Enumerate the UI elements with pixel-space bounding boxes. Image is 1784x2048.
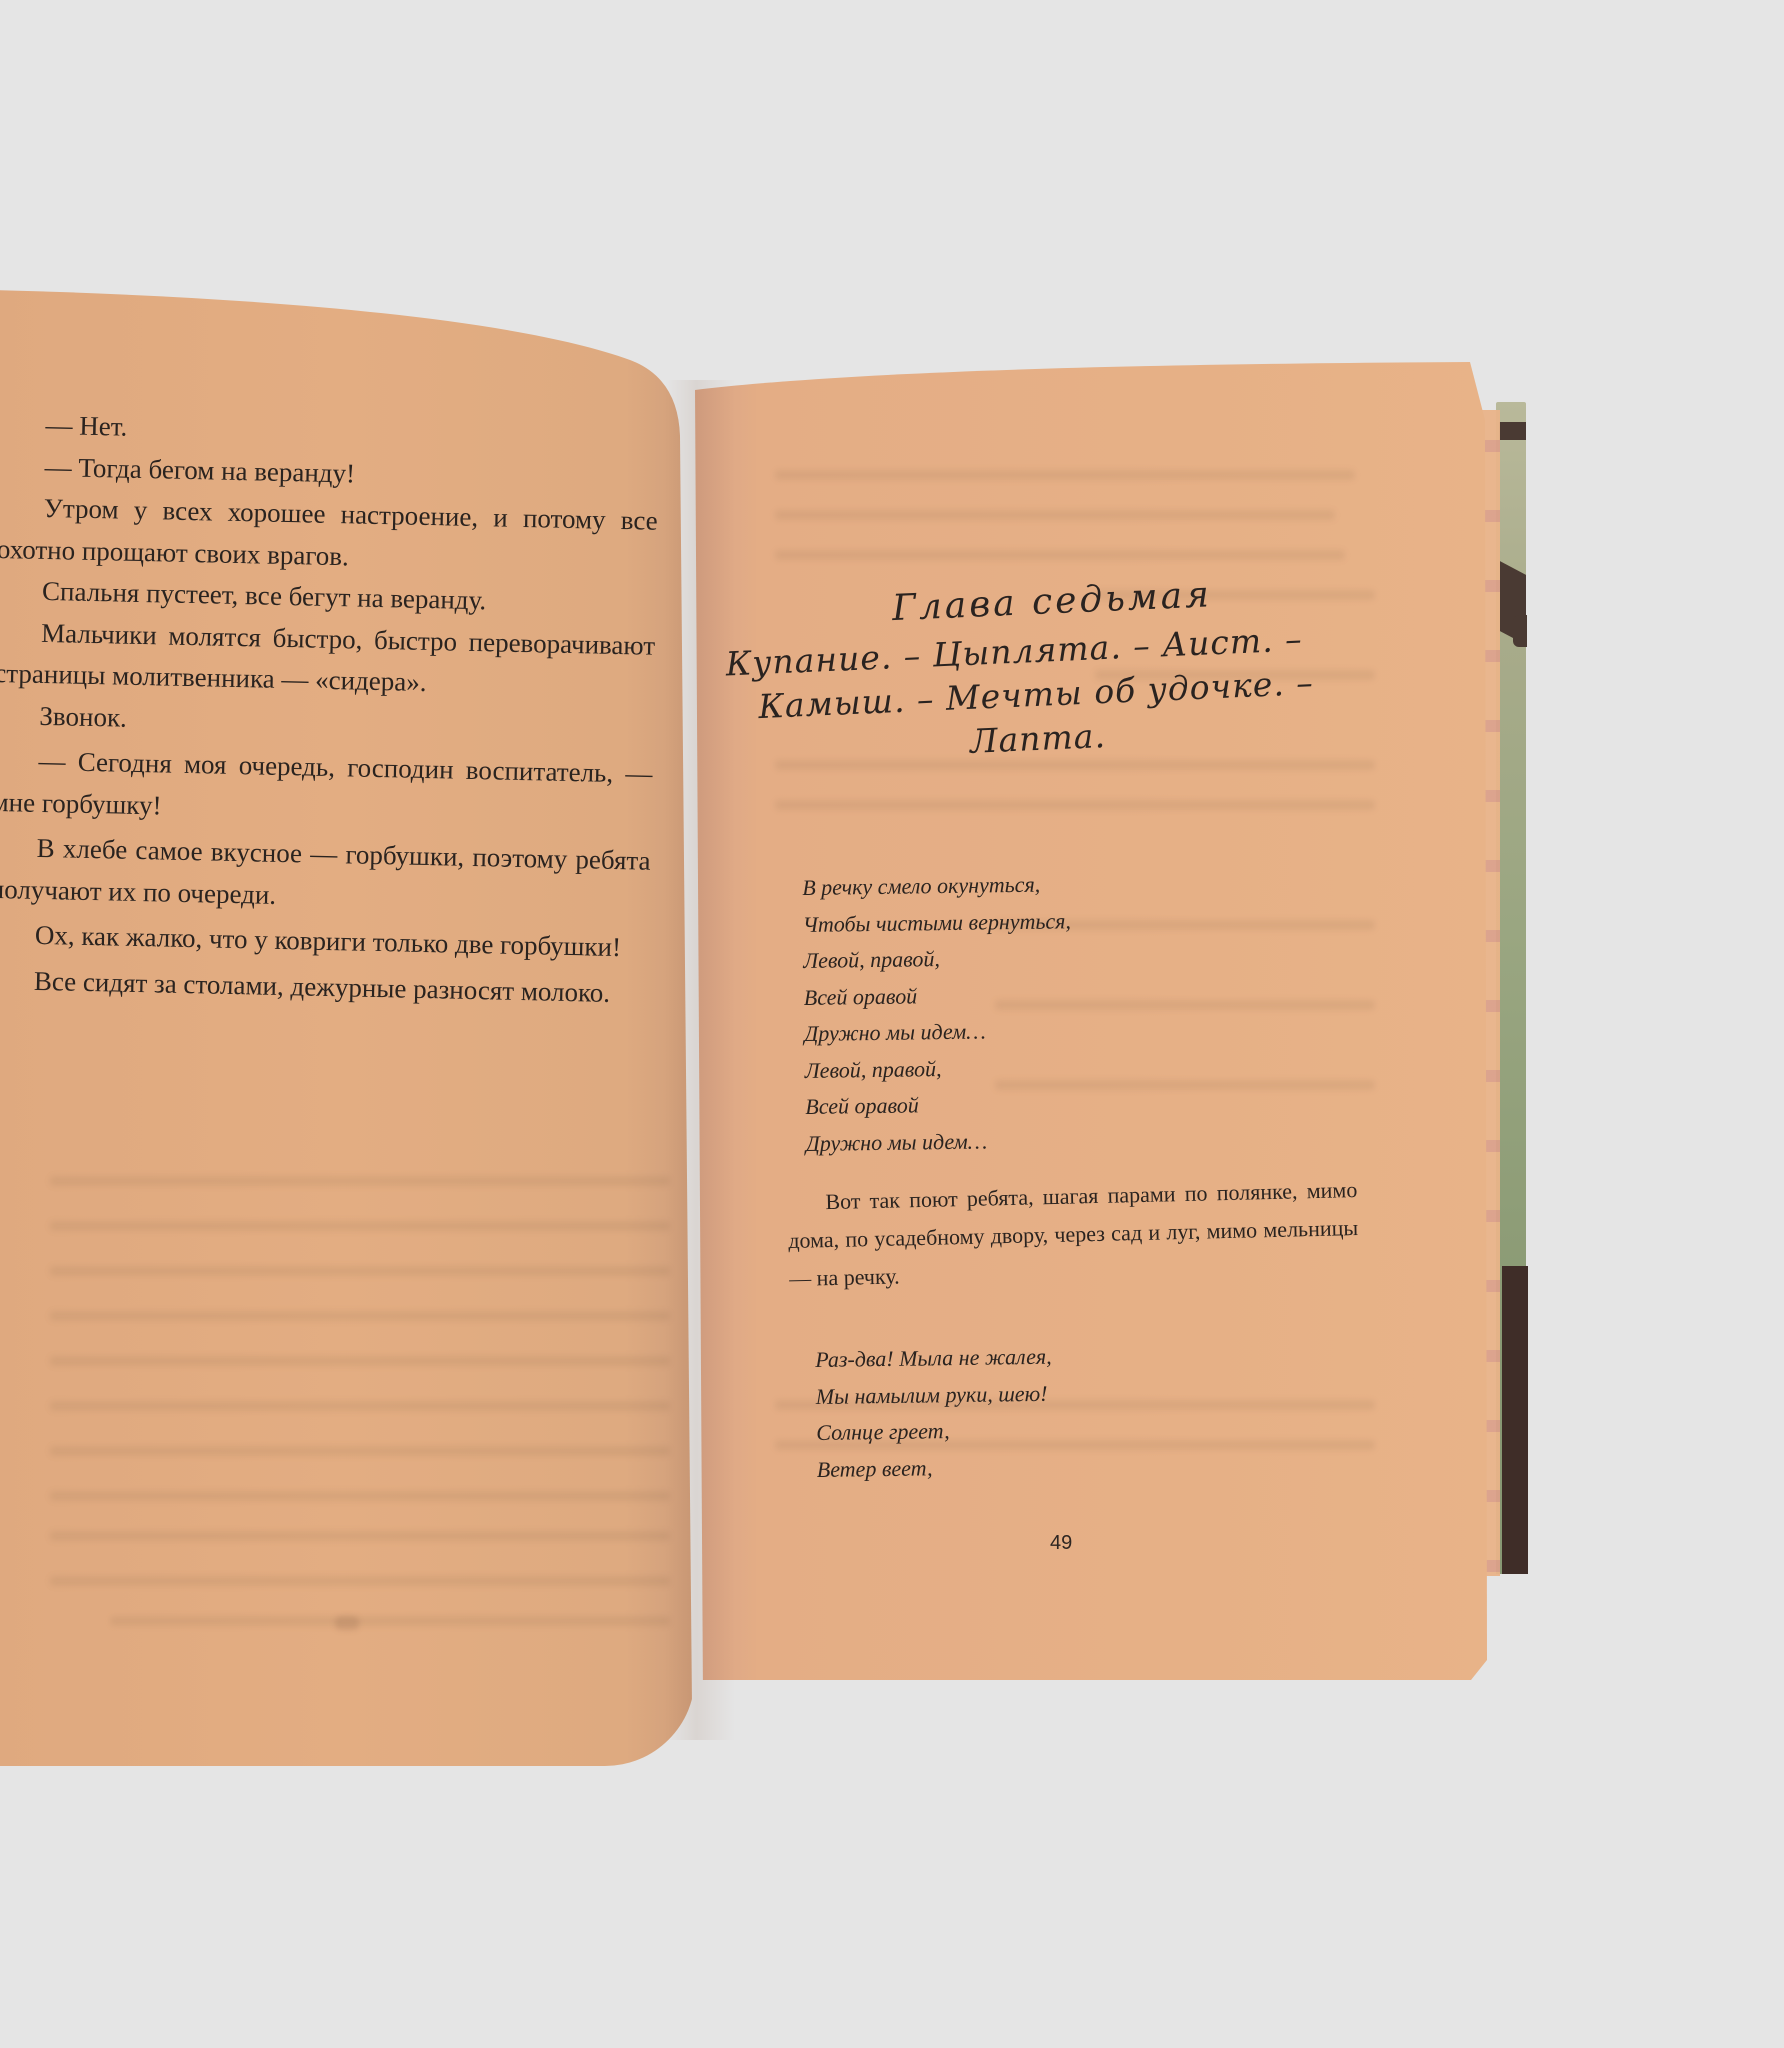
left-page-number-ghost: [335, 1616, 359, 1630]
left-page: — Нет. — Тогда бегом на веранду! Утром у…: [0, 286, 695, 1766]
right-page-prose: Вот так поют ребята, шагая парами по пол…: [787, 1171, 1359, 1298]
poem-line: Дружно мы идем…: [804, 1012, 1073, 1052]
page-number: 49: [1050, 1532, 1072, 1555]
poem-line: Раз-два! Мыла не жалея,: [815, 1339, 1052, 1379]
chapter-subtitle: Купание. – Цыплята. – Аист. – Камыш. – М…: [753, 617, 1318, 773]
paragraph: Все сидят за столами, дежурные разносят …: [0, 959, 648, 1014]
poem-line: Мы намылим руки, шею!: [816, 1375, 1053, 1415]
cover-pattern-blob: [1513, 615, 1527, 647]
poem-line: Солнце греет,: [816, 1412, 1053, 1452]
left-page-text: — Нет. — Тогда бегом на веранду! Утром у…: [0, 404, 660, 1015]
photo-scene: — Нет. — Тогда бегом на веранду! Утром у…: [0, 0, 1784, 2048]
poem-stanza-1: В речку смело окунуться, Чтобы чистыми в…: [802, 866, 1074, 1162]
poem-line: Ветер веет,: [817, 1448, 1054, 1488]
poem-line: Чтобы чистыми вернуться,: [803, 903, 1072, 943]
cover-dark-band: [1502, 1266, 1528, 1574]
paragraph: — Сегодня моя очередь, господин воспитат…: [0, 740, 653, 837]
cover-pattern-top: [1499, 422, 1526, 440]
poem-stanza-2: Раз-два! Мыла не жалея, Мы намылим руки,…: [815, 1339, 1053, 1488]
paragraph: В хлебе самое вкусное — горбушки, поэтом…: [0, 827, 651, 924]
right-page: Глава седьмая Купание. – Цыплята. – Аист…: [695, 360, 1495, 1680]
chapter-heading: Глава седьмая Купание. – Цыплята. – Аист…: [751, 570, 1318, 773]
poem-line: Дружно мы идем…: [806, 1122, 1075, 1162]
paragraph: Утром у всех хорошее настроение, и потом…: [0, 487, 658, 584]
paragraph: Мальчики молятся быстро, быстро перевора…: [0, 611, 656, 708]
poem-line: Левой, правой,: [803, 939, 1072, 979]
poem-line: В речку смело окунуться,: [802, 866, 1071, 906]
paragraph: Вот так поют ребята, шагая парами по пол…: [787, 1171, 1359, 1298]
poem-line: Всей оравой: [804, 976, 1073, 1016]
poem-line: Всей оравой: [805, 1085, 1074, 1125]
poem-line: Левой, правой,: [805, 1049, 1074, 1089]
